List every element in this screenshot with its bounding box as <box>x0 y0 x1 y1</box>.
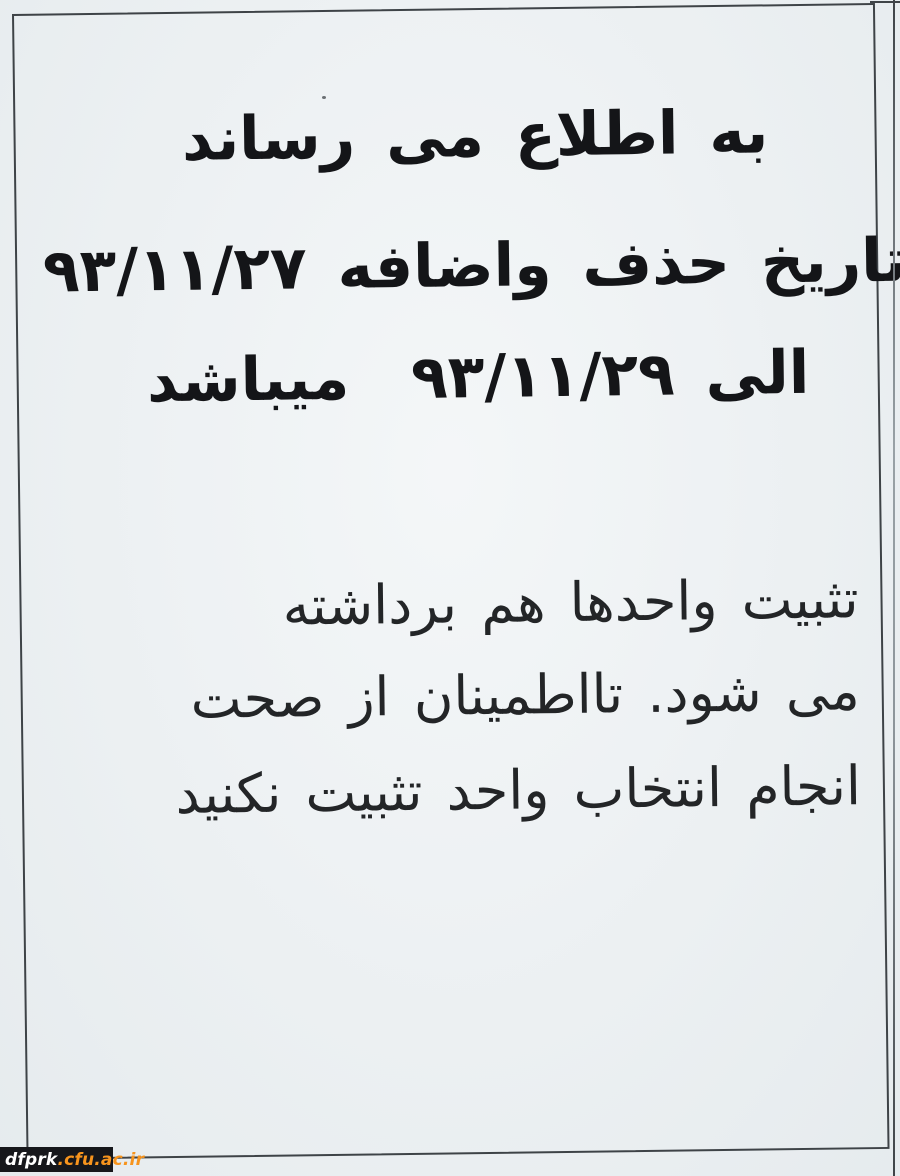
scan-edge-right-line <box>893 0 895 1176</box>
notice-body-line-2: می شود. تااطمینان از صحت <box>190 651 860 740</box>
watermark-site-suffix: .cfu.ac.ir <box>57 1150 144 1170</box>
notice-heading-line-2: تاریخ حذف واضافه ۹۳/۱۱/۲۷ <box>47 221 900 312</box>
notice-body-line-3: انجام انتخاب واحد تثبیت نکنید <box>175 746 861 835</box>
notice-heading-line-1: به اطلاع می رساند <box>45 91 900 182</box>
notice-body-line-1: تثبیت واحدها هم برداشته <box>282 559 859 646</box>
scan-edge-top-line <box>870 1 900 3</box>
site-watermark: dfprk.cfu.ac.ir <box>0 1147 113 1172</box>
watermark-site-prefix: dfprk <box>5 1150 57 1170</box>
notice-heading-line-3: الی ۹۳/۱۱/۲۹ میباشد <box>48 332 900 423</box>
notice-border-frame: به اطلاع می رساند تاریخ حذف واضافه ۹۳/۱۱… <box>12 3 890 1160</box>
scanned-notice-page: به اطلاع می رساند تاریخ حذف واضافه ۹۳/۱۱… <box>0 0 900 1176</box>
